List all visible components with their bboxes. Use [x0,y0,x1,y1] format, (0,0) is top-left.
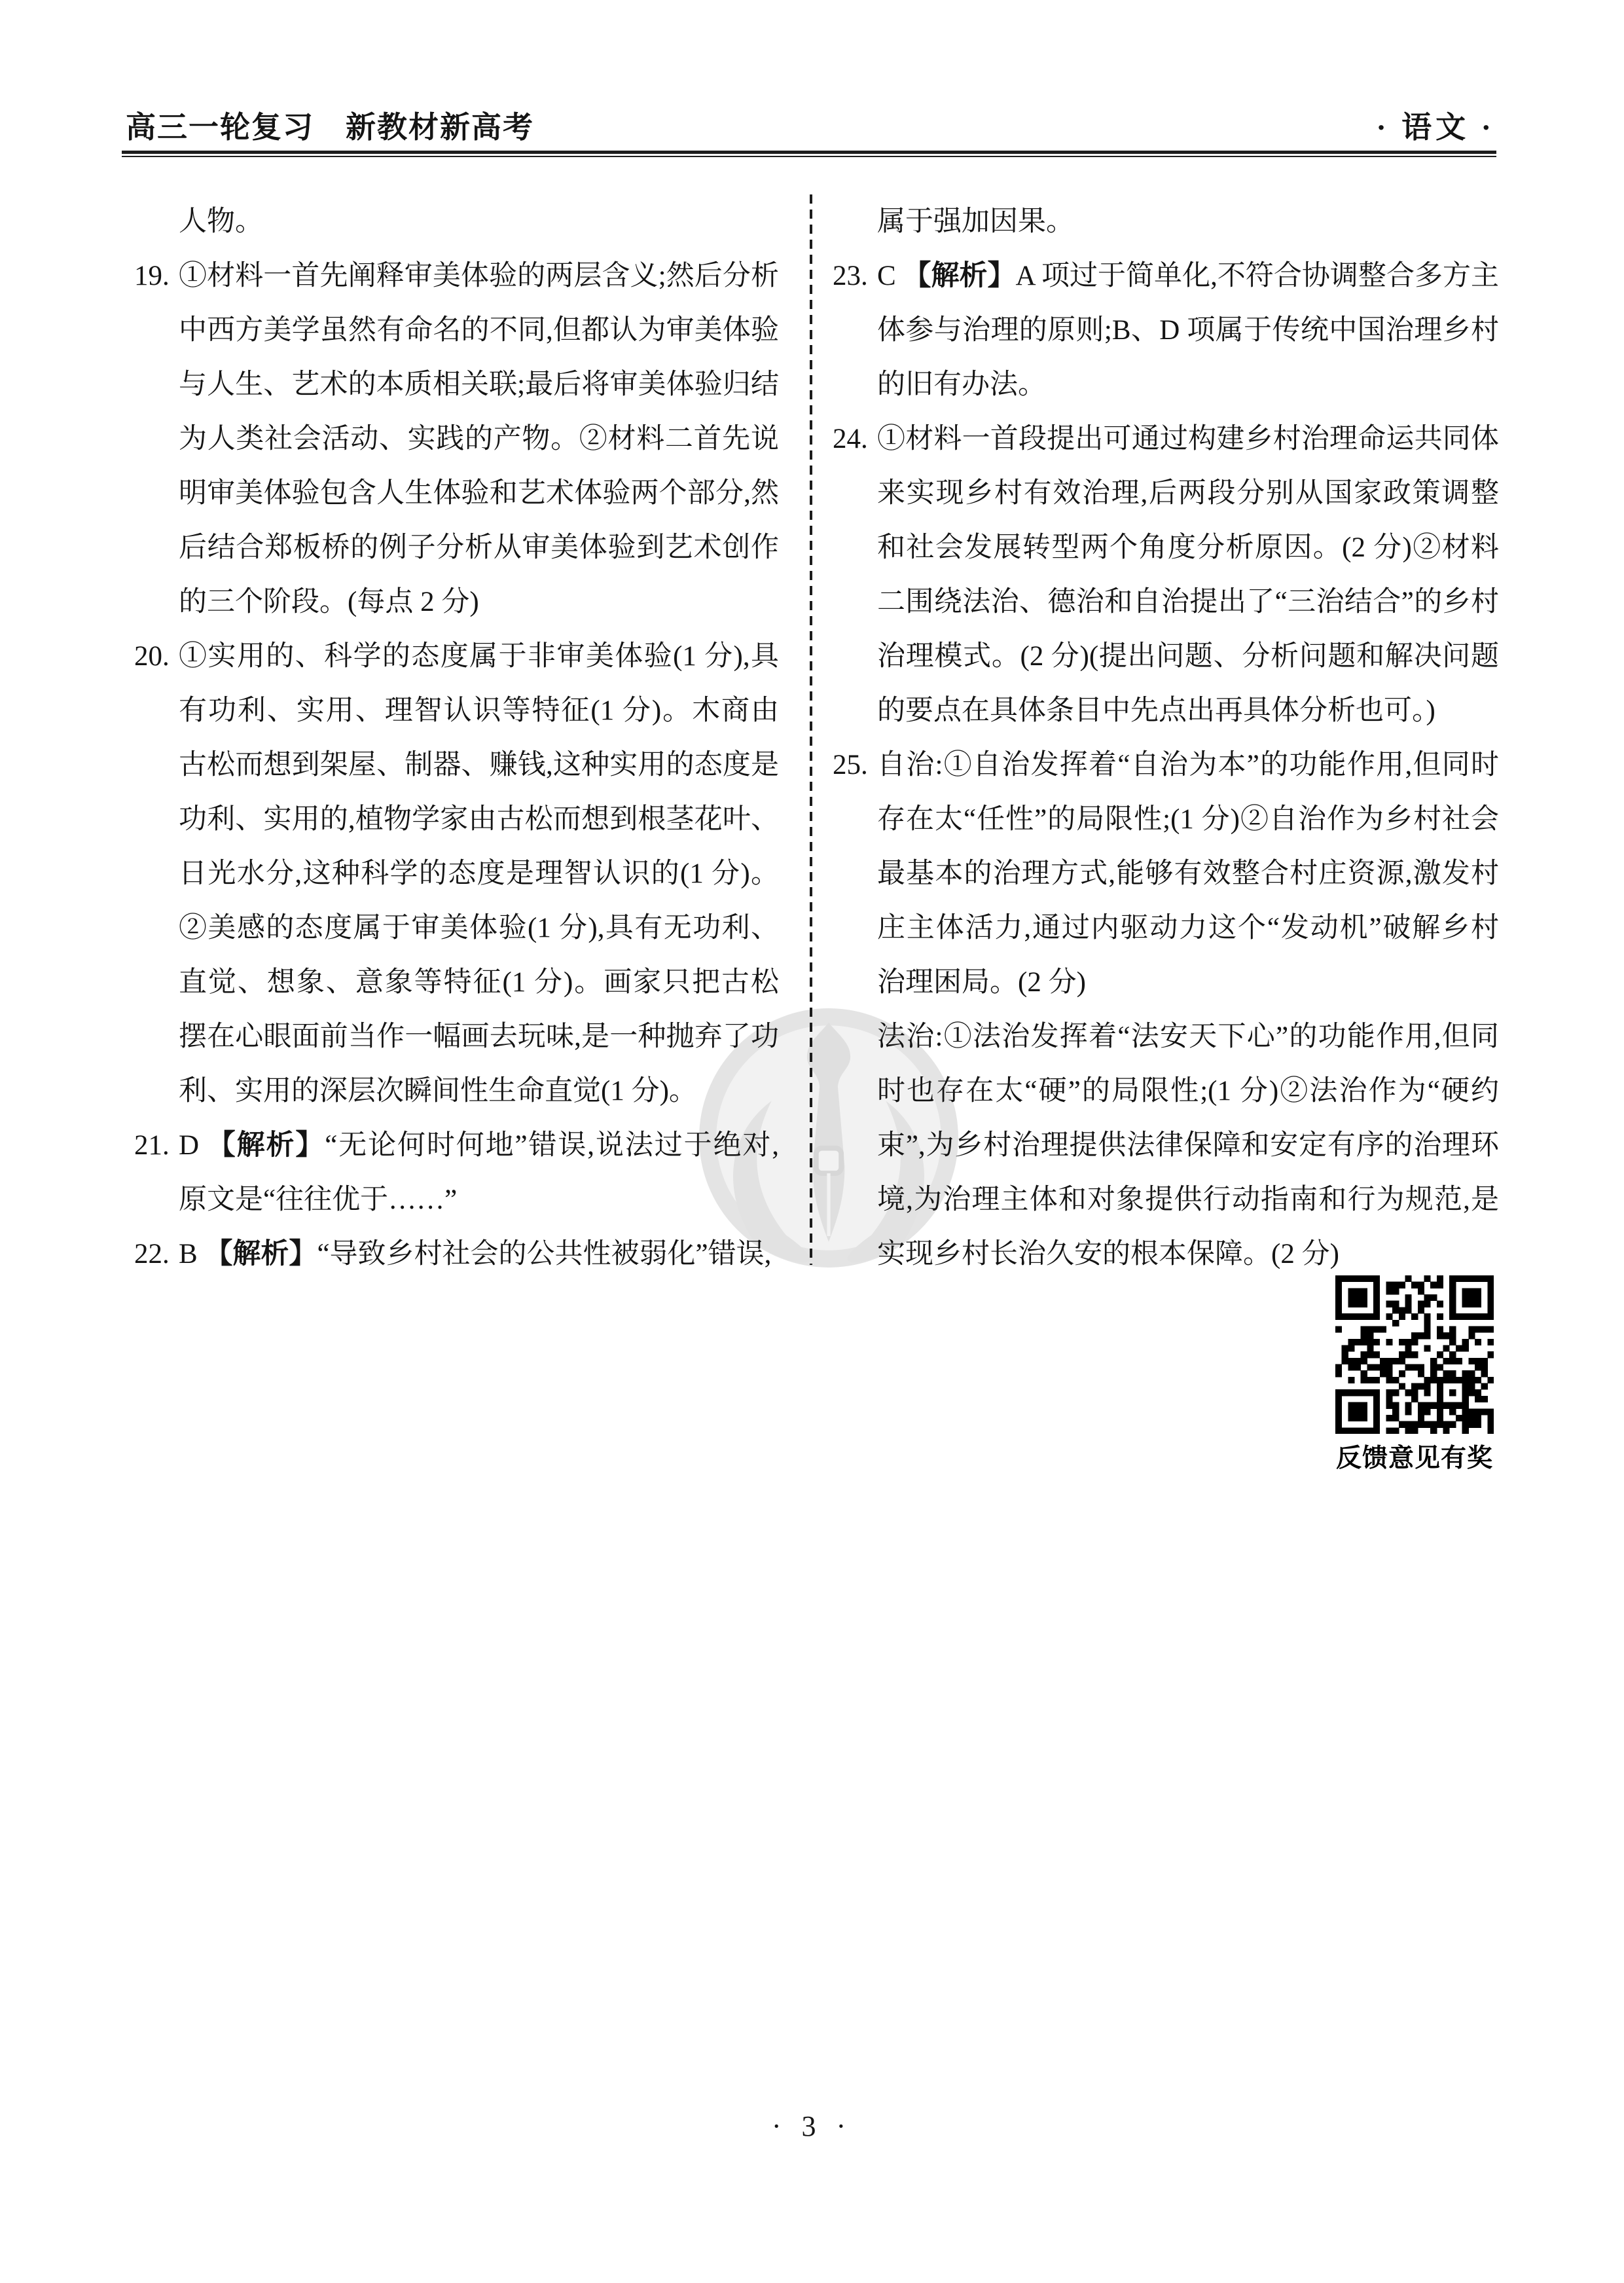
answer-block: 属于强加因果。 [833,194,1499,249]
answer-text: C [877,261,903,291]
right-column: 属于强加因果。23.C 【解析】A 项过于简单化,不符合协调整合多方主体参与治理… [833,194,1499,1281]
answer-text: “导致乡村社会的公共性被弱化”错误, [317,1239,771,1269]
answer-block: 19.①材料一首先阐释审美体验的两层含义;然后分析中西方美学虽然有命名的不同,但… [134,249,779,629]
answer-text: D [179,1130,208,1161]
answer-block: 人物。 [134,194,779,249]
qr-block: 反馈意见有奖 [1335,1275,1494,1474]
qr-caption: 反馈意见有奖 [1335,1438,1494,1474]
answer-number: 20. [134,629,170,684]
answer-analysis-label: 【解析】 [204,1238,317,1269]
header-subject-label: · 语文 · [1376,103,1495,147]
exam-answer-page: 高三一轮复习 新教材新高考 · 语文 · 人物。19.①材料一首先阐释审美体验的… [0,0,1624,2283]
answer-block: 法治:①法治发挥着“法安天下心”的功能作用,但同时也存在太“硬”的局限性;(1 … [833,1010,1499,1281]
answer-block: 24.①材料一首段提出可通过构建乡村治理命运共同体来实现乡村有效治理,后两段分别… [833,412,1499,738]
answer-analysis-label: 【解析】 [903,260,1015,291]
left-column: 人物。19.①材料一首先阐释审美体验的两层含义;然后分析中西方美学虽然有命名的不… [134,194,779,1281]
header-double-rule [122,151,1496,157]
answer-block: 20.①实用的、科学的态度属于非审美体验(1 分),具有功利、实用、理智认识等特… [134,629,779,1118]
answer-block: 25.自治:①自治发挥着“自治为本”的功能作用,但同时存在太“任性”的局限性;(… [833,738,1499,1010]
answer-text: B [179,1239,204,1269]
answer-analysis-label: 【解析】 [208,1129,325,1161]
answer-number: 22. [134,1227,170,1281]
column-divider [810,194,812,1265]
answer-text: 法治:①法治发挥着“法安天下心”的功能作用,但同时也存在太“硬”的局限性;(1 … [877,1021,1499,1269]
qr-code-icon [1335,1275,1494,1434]
answer-text: ①实用的、科学的态度属于非审美体验(1 分),具有功利、实用、理智认识等特征(1… [179,641,779,1106]
answer-number: 24. [833,412,868,466]
answer-text: ①材料一首段提出可通过构建乡村治理命运共同体来实现乡村有效治理,后两段分别从国家… [877,424,1499,726]
answer-text: 自治:①自治发挥着“自治为本”的功能作用,但同时存在太“任性”的局限性;(1 分… [877,750,1499,998]
answer-text: 属于强加因果。 [877,206,1074,237]
answer-block: 23.C 【解析】A 项过于简单化,不符合协调整合多方主体参与治理的原则;B、D… [833,249,1499,412]
answer-block: 22.B 【解析】“导致乡村社会的公共性被弱化”错误, [134,1227,779,1281]
page-number: · 3 · [0,2109,1624,2143]
answer-number: 25. [833,738,868,792]
page-header: 高三一轮复习 新教材新高考 · 语文 · [126,103,1495,147]
answer-text: 人物。 [179,206,263,237]
answer-number: 23. [833,249,868,303]
answer-number: 19. [134,249,170,303]
header-title: 高三一轮复习 新教材新高考 [126,103,534,147]
answer-text: ①材料一首先阐释审美体验的两层含义;然后分析中西方美学虽然有命名的不同,但都认为… [179,261,779,617]
answer-number: 21. [134,1118,170,1173]
answer-columns: 人物。19.①材料一首先阐释审美体验的两层含义;然后分析中西方美学虽然有命名的不… [134,194,1499,1281]
answer-block: 21.D 【解析】“无论何时何地”错误,说法过于绝对,原文是“往往优于……” [134,1118,779,1227]
